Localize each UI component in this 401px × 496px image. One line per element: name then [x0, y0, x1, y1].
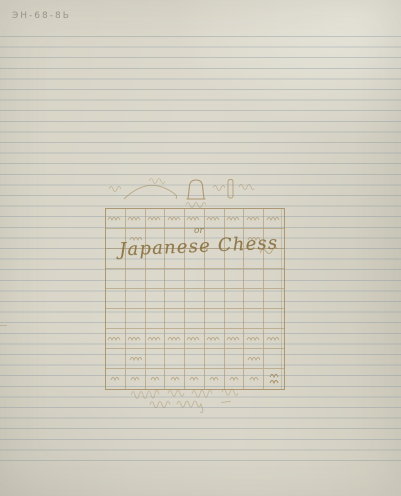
board-cell-r4c6: [205, 269, 225, 289]
stick-piece-sketch: [226, 178, 236, 200]
board-cell-r4c2: [126, 269, 146, 289]
board-cell-r1c2: [126, 209, 146, 229]
cell-scribble: [247, 356, 260, 362]
board-cell-r7c1: [106, 329, 126, 349]
board-cell-r6c7: [225, 309, 245, 329]
board-cell-r7c5: [185, 329, 205, 349]
board-cell-r6c6: [205, 309, 225, 329]
board-cell-r1c6: [205, 209, 225, 229]
board-cell-r5c1: [106, 289, 126, 309]
board-cell-r6c3: [146, 309, 166, 329]
cell-scribble: [189, 376, 199, 382]
board-cell-r9c4: [165, 369, 185, 389]
board-cell-r4c3: [146, 269, 166, 289]
board-cell-r5c4: [165, 289, 185, 309]
cell-scribble: [186, 216, 202, 222]
board-cell-r1c7: [225, 209, 245, 229]
stick-right-scribble: [238, 183, 254, 190]
board-cell-r6c9: [264, 309, 284, 329]
board-cell-r1c1: [106, 209, 126, 229]
board-cell-r9c6: [205, 369, 225, 389]
cell-scribble: [269, 379, 279, 385]
board-cell-r8c8: [244, 349, 264, 369]
board-cell-r5c3: [146, 289, 166, 309]
margin-ink-speck: [0, 325, 7, 326]
bell-caption-scribble: [185, 201, 206, 208]
board-cell-r8c9: [264, 349, 284, 369]
board-cell-r7c2: [126, 329, 146, 349]
cell-scribble: [107, 336, 123, 342]
board-cell-r7c9: [264, 329, 284, 349]
board-cell-r5c7: [225, 289, 245, 309]
board-cell-r8c3: [146, 349, 166, 369]
board-cell-r9c2: [126, 369, 146, 389]
board-cell-r5c6: [205, 289, 225, 309]
board-cell-r5c5: [185, 289, 205, 309]
notebook-page: ЭН-68-8Ь or Japanese Chess: [0, 0, 401, 496]
board-cell-r4c8: [244, 269, 264, 289]
caption-scribble-line-2: [149, 398, 239, 416]
board-cell-r4c1: [106, 269, 126, 289]
board-cell-r6c1: [106, 309, 126, 329]
board-cell-r4c4: [165, 269, 185, 289]
cell-scribble: [246, 336, 262, 342]
stick-left-scribble: [212, 184, 225, 191]
cell-scribble: [209, 376, 219, 382]
board-cell-r4c5: [185, 269, 205, 289]
board-cell-r6c8: [244, 309, 264, 329]
board-cell-r6c2: [126, 309, 146, 329]
board-cell-r5c2: [126, 289, 146, 309]
board-cell-r7c8: [244, 329, 264, 349]
board-cell-r4c7: [225, 269, 245, 289]
arc-piece-sketch: [122, 182, 180, 204]
cell-scribble: [130, 376, 140, 382]
board-cell-r7c6: [205, 329, 225, 349]
board-cell-r9c1: [106, 369, 126, 389]
board-cell-r8c5: [185, 349, 205, 369]
cell-scribble: [206, 336, 222, 342]
cell-scribble: [147, 336, 163, 342]
board-cell-r4c9: [264, 269, 284, 289]
cell-scribble: [127, 216, 143, 222]
title-flourish: [259, 245, 280, 257]
title-connector: or: [194, 226, 204, 236]
board-cell-r6c4: [165, 309, 185, 329]
cell-scribble: [170, 376, 180, 382]
cell-scribble: [186, 336, 202, 342]
cell-scribble: [129, 356, 142, 362]
cell-scribble: [167, 336, 183, 342]
cell-scribble: [226, 216, 242, 222]
arc-top-scribble: [148, 177, 165, 184]
cell-scribble: [127, 336, 143, 342]
cell-scribble: [246, 216, 262, 222]
board-cell-r7c3: [146, 329, 166, 349]
bell-piece-sketch: [184, 177, 208, 202]
board-cell-r8c4: [165, 349, 185, 369]
board-cell-r8c7: [225, 349, 245, 369]
board-cell-r9c9: [264, 369, 284, 389]
board-cell-r1c4: [165, 209, 185, 229]
cell-scribble: [266, 216, 282, 222]
cell-scribble: [150, 376, 160, 382]
board-cell-r1c3: [146, 209, 166, 229]
cell-scribble: [167, 216, 183, 222]
board-cell-r6c5: [185, 309, 205, 329]
board-cell-r5c9: [264, 289, 284, 309]
cell-scribble: [107, 216, 123, 222]
board-cell-r9c5: [185, 369, 205, 389]
board-cell-r8c6: [205, 349, 225, 369]
board-cell-r9c3: [146, 369, 166, 389]
arc-left-scribble: [108, 185, 121, 192]
cell-scribble: [229, 376, 239, 382]
cell-scribble: [206, 216, 222, 222]
board-cell-r7c7: [225, 329, 245, 349]
catalog-mark: ЭН-68-8Ь: [12, 11, 71, 21]
cell-scribble: [266, 336, 282, 342]
cell-scribble: [147, 216, 163, 222]
board-cell-r1c9: [264, 209, 284, 229]
cell-scribble: [249, 376, 259, 382]
board-cell-r7c4: [165, 329, 185, 349]
board-cell-r8c1: [106, 349, 126, 369]
cell-scribble: [226, 336, 242, 342]
board-cell-r1c8: [244, 209, 264, 229]
board-cell-r5c8: [244, 289, 264, 309]
board-cell-r8c2: [126, 349, 146, 369]
cell-scribble: [110, 376, 120, 382]
